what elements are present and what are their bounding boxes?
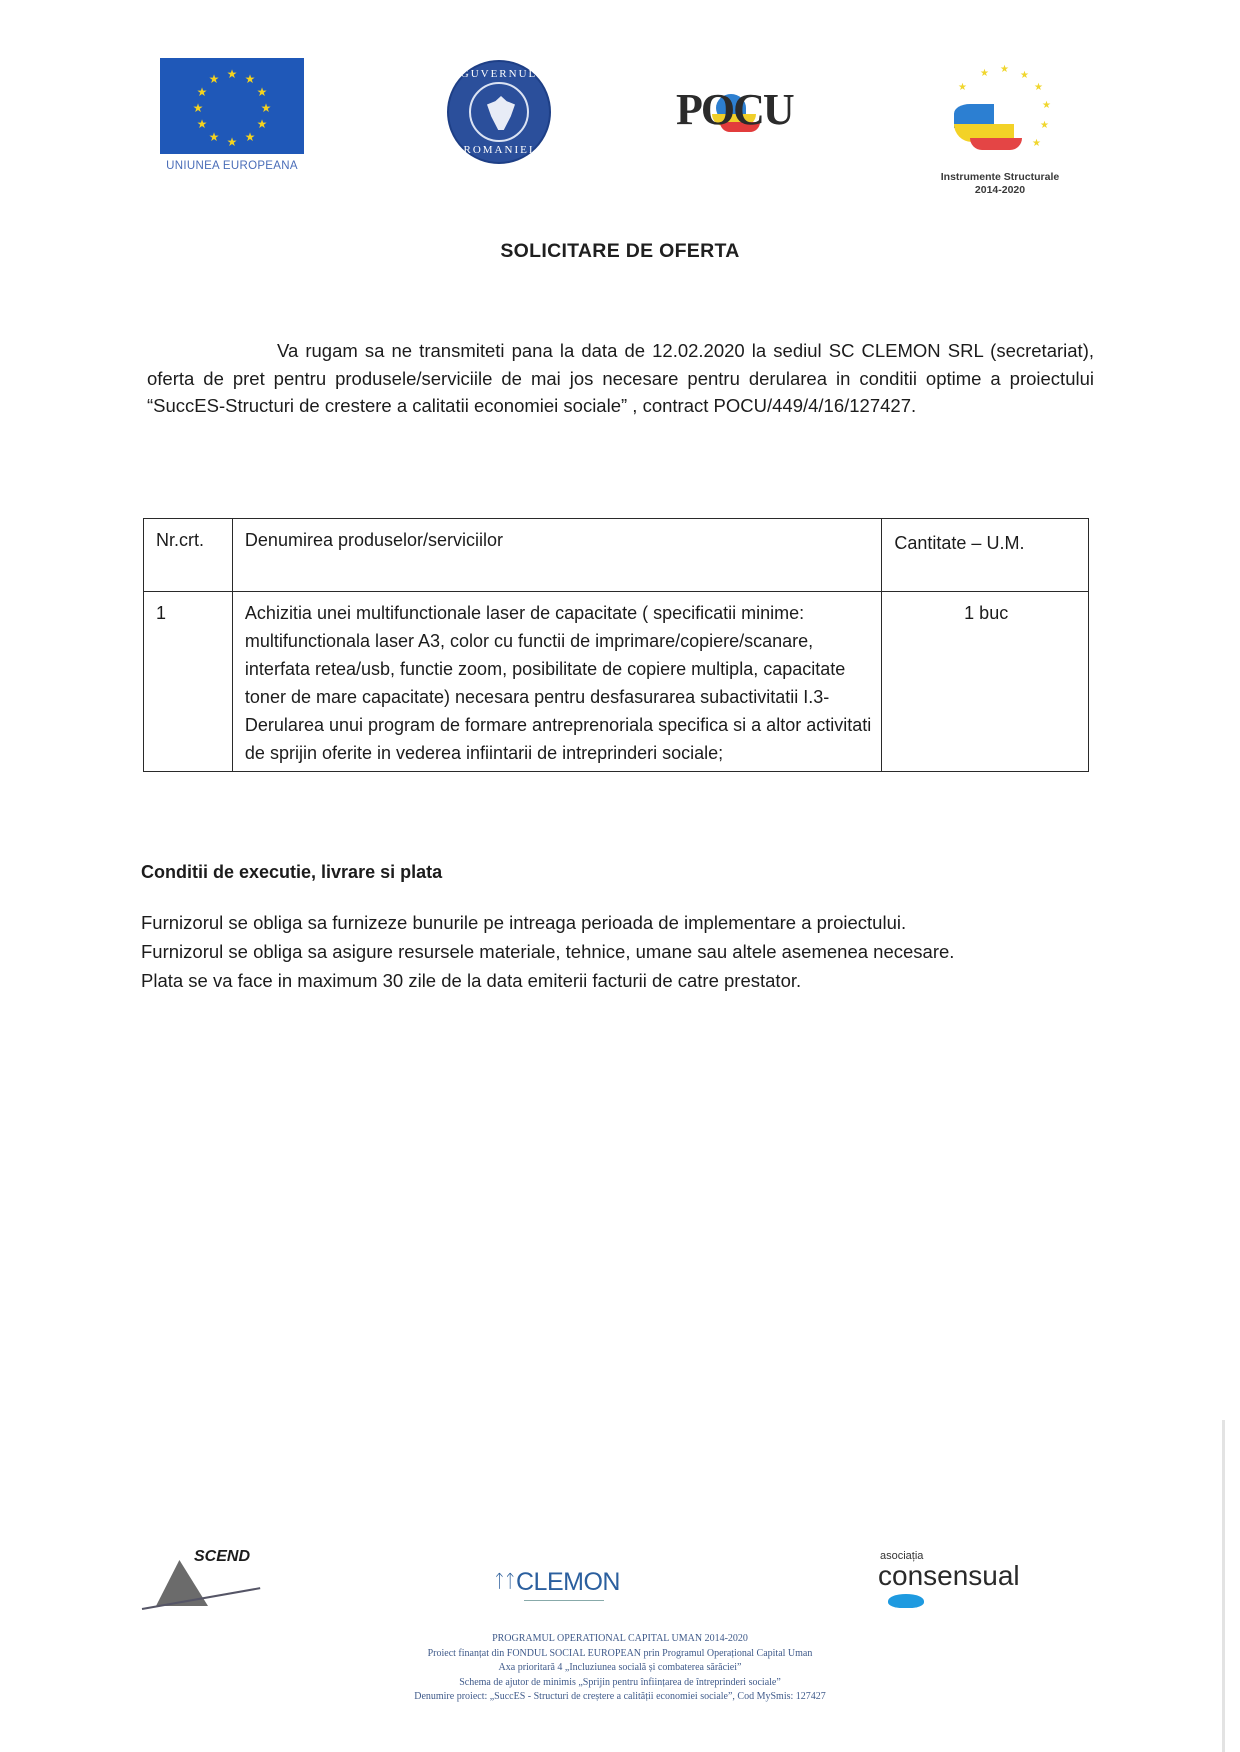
star-icon: ★ xyxy=(196,86,208,98)
conditions-list: Furnizorul se obliga sa furnizeze bunuri… xyxy=(141,908,1101,995)
condition-line: Furnizorul se obliga sa furnizeze bunuri… xyxy=(141,908,1101,937)
consensual-text: consensual xyxy=(878,1560,1020,1592)
star-icon: ★ xyxy=(1034,82,1043,93)
person-icon xyxy=(888,1594,924,1608)
star-icon: ★ xyxy=(1032,138,1041,149)
clemon-tagline xyxy=(524,1600,604,1601)
instrumente-structurale-logo: ★ ★ ★ ★ ★ ★ ★ ★ xyxy=(940,62,1060,162)
star-icon: ★ xyxy=(260,102,272,114)
header-nr-crt: Nr.crt. xyxy=(144,519,233,592)
star-icon: ★ xyxy=(226,68,238,80)
intro-paragraph: Va rugam sa ne transmiteti pana la data … xyxy=(147,337,1094,420)
consensual-logo: asociația consensual xyxy=(878,1550,1038,1610)
star-icon: ★ xyxy=(1020,70,1029,81)
people-icon: ᛏᛏ xyxy=(494,1571,516,1592)
footer-line: Schema de ajutor de minimis „Sprijin pen… xyxy=(300,1676,940,1691)
eu-flag-logo: ★ ★ ★ ★ ★ ★ ★ ★ ★ ★ ★ ★ xyxy=(160,58,304,154)
condition-line: Furnizorul se obliga sa asigure resursel… xyxy=(141,937,1101,966)
eu-label: UNIUNEA EUROPEANA xyxy=(150,160,314,172)
is-label-line1: Instrumente Structurale xyxy=(920,171,1080,184)
star-icon: ★ xyxy=(1000,64,1009,75)
clemon-text: CLEMON xyxy=(516,1568,620,1597)
star-icon: ★ xyxy=(208,131,220,143)
header-cantitate: Cantitate – U.M. xyxy=(882,519,1089,592)
star-icon: ★ xyxy=(208,73,220,85)
star-icon: ★ xyxy=(1040,120,1049,131)
cell-cantitate: 1 buc xyxy=(882,592,1089,772)
table-row: 1 Achizitia unei multifunctionale laser … xyxy=(144,592,1089,772)
seal-text-top: GUVERNUL xyxy=(449,68,549,80)
ascend-arrow-line xyxy=(142,1587,261,1610)
star-icon: ★ xyxy=(192,102,204,114)
star-icon: ★ xyxy=(244,73,256,85)
document-title: SOLICITARE DE OFERTA xyxy=(0,240,1240,263)
cell-denumire: Achizitia unei multifunctionale laser de… xyxy=(232,592,881,772)
pocu-text: POCU xyxy=(676,84,793,135)
star-icon: ★ xyxy=(256,118,268,130)
star-icon: ★ xyxy=(958,82,967,93)
ascend-text: SCEND xyxy=(194,1548,250,1566)
scan-edge-line xyxy=(1222,1420,1225,1752)
star-icon: ★ xyxy=(980,68,989,79)
footer-line: Denumire proiect: „SuccES - Structuri de… xyxy=(300,1690,940,1705)
header-denumire: Denumirea produselor/serviciilor xyxy=(232,519,881,592)
ascend-logo: SCEND xyxy=(142,1548,272,1618)
swoosh-icon xyxy=(970,138,1022,150)
star-icon: ★ xyxy=(244,131,256,143)
star-icon: ★ xyxy=(196,118,208,130)
seal-text-bottom: ROMANIEI xyxy=(449,144,549,156)
condition-line: Plata se va face in maximum 30 zile de l… xyxy=(141,966,1101,995)
footer-line: Axa prioritară 4 „Incluziunea socială și… xyxy=(300,1661,940,1676)
pocu-logo: POCU xyxy=(676,80,806,140)
intro-text: Va rugam sa ne transmiteti pana la data … xyxy=(147,340,1094,416)
star-icon: ★ xyxy=(256,86,268,98)
footer-line: PROGRAMUL OPERATIONAL CAPITAL UMAN 2014-… xyxy=(300,1632,940,1647)
table-header-row: Nr.crt. Denumirea produselor/serviciilor… xyxy=(144,519,1089,592)
clemon-logo: ᛏᛏ CLEMON xyxy=(494,1568,624,1608)
cell-nr: 1 xyxy=(144,592,233,772)
footer-line: Proiect finanțat din FONDUL SOCIAL EUROP… xyxy=(300,1647,940,1662)
instrumente-structurale-label: Instrumente Structurale 2014-2020 xyxy=(920,171,1080,197)
star-icon: ★ xyxy=(1042,100,1051,111)
star-icon: ★ xyxy=(226,136,238,148)
guvernul-romaniei-seal: GUVERNUL ROMANIEI xyxy=(447,60,551,164)
footer-funding-text: PROGRAMUL OPERATIONAL CAPITAL UMAN 2014-… xyxy=(300,1632,940,1705)
conditions-heading: Conditii de executie, livrare si plata xyxy=(141,862,442,883)
products-table: Nr.crt. Denumirea produselor/serviciilor… xyxy=(143,518,1089,772)
is-label-line2: 2014-2020 xyxy=(920,184,1080,197)
